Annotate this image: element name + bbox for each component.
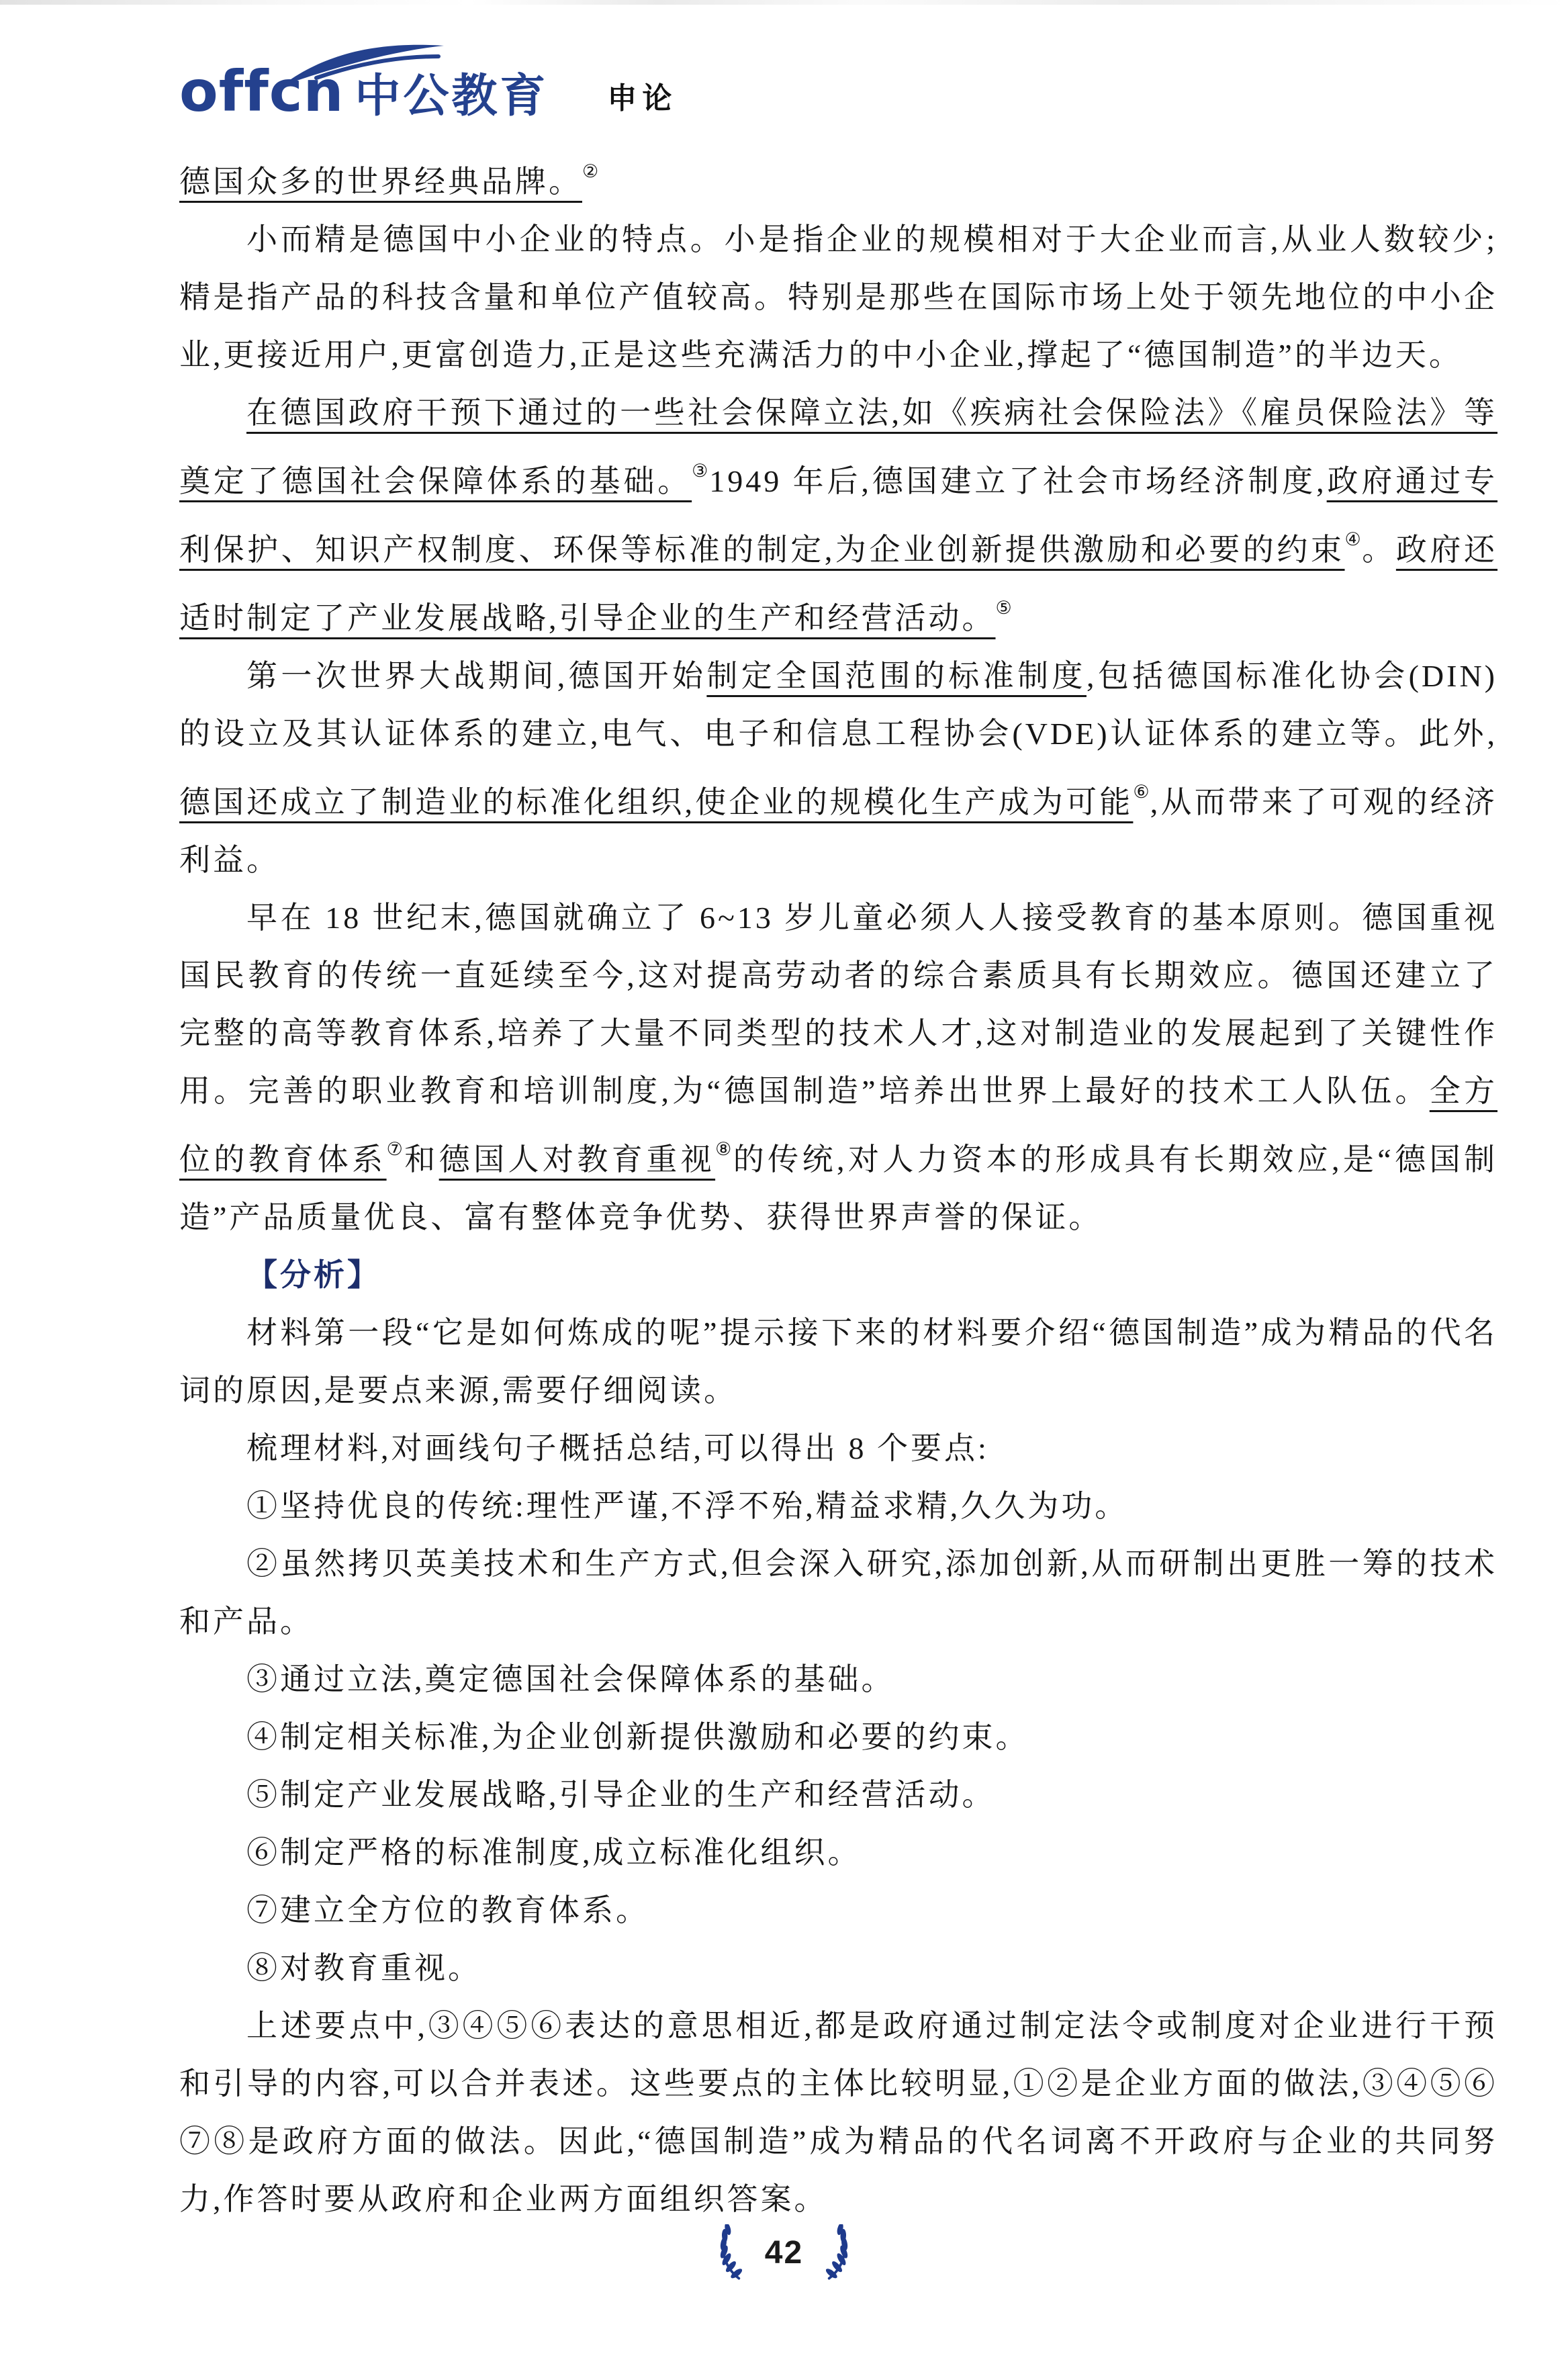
text-run: 。: [1362, 533, 1396, 567]
text-run: ⑧对教育重视。: [246, 1951, 481, 1985]
text-run: 第一次世界大战期间,德国开始: [246, 659, 706, 693]
paragraph: ①坚持优良的传统:理性严谨,不浮不殆,精益求精,久久为功。: [179, 1477, 1497, 1535]
paragraph: 德国众多的世界经典品牌。②: [179, 142, 1497, 211]
underlined-text-run: 德国众多的世界经典品牌。: [179, 165, 582, 199]
scan-edge-artifact: [0, 0, 1568, 5]
footnote-ref: ⑧: [715, 1139, 733, 1159]
laurel-left-icon: [711, 2224, 742, 2281]
page-number: 42: [765, 2234, 803, 2271]
text-run: 梳理材料,对画线句子概括总结,可以得出 8 个要点:: [246, 1431, 989, 1465]
underlined-text-run: 德国人对教育重视: [439, 1142, 715, 1177]
text-run: 小而精是德国中小企业的特点。小是指企业的规模相对于大企业而言,从业人数较少;精是…: [179, 222, 1497, 372]
paragraph: ②虽然拷贝英美技术和生产方式,但会深入研究,添加创新,从而研制出更胜一筹的技术和…: [179, 1535, 1497, 1651]
text-run: ③通过立法,奠定德国社会保障体系的基础。: [246, 1662, 895, 1696]
paragraph: 在德国政府干预下通过的一些社会保障立法,如《疾病社会保险法》《雇员保险法》等奠定…: [179, 384, 1497, 647]
paragraph: ⑦建立全方位的教育体系。: [179, 1882, 1497, 1940]
paragraph: ⑥制定严格的标准制度,成立标准化组织。: [179, 1824, 1497, 1882]
text-run: 和: [404, 1142, 439, 1177]
paragraph: ③通过立法,奠定德国社会保障体系的基础。: [179, 1651, 1497, 1708]
text-run: 材料第一段“它是如何炼成的呢”提示接下来的材料要介绍“德国制造”成为精品的代名词…: [179, 1316, 1497, 1408]
text-run: 【分析】: [246, 1258, 381, 1292]
document-body: 德国众多的世界经典品牌。②小而精是德国中小企业的特点。小是指企业的规模相对于大企…: [179, 142, 1497, 2228]
offcn-logo: offcn 中公教育: [179, 63, 548, 120]
text-run: 早在 18 世纪末,德国就确立了 6~13 岁儿童必须人人接受教育的基本原则。德…: [179, 901, 1497, 1108]
underlined-text-run: 制定全国范围的标准制度: [706, 659, 1087, 693]
paragraph: 小而精是德国中小企业的特点。小是指企业的规模相对于大企业而言,从业人数较少;精是…: [179, 211, 1497, 384]
paragraph: 早在 18 世纪末,德国就确立了 6~13 岁儿童必须人人接受教育的基本原则。德…: [179, 889, 1497, 1246]
footnote-ref: ⑥: [1133, 782, 1150, 802]
page-footer: 42: [0, 2224, 1568, 2281]
underlined-text-run: 德国还成立了制造业的标准化组织,使企业的规模化生产成为可能: [179, 785, 1133, 819]
text-run: ①坚持优良的传统:理性严谨,不浮不殆,精益求精,久久为功。: [246, 1489, 1128, 1523]
paragraph: ⑤制定产业发展战略,引导企业的生产和经营活动。: [179, 1766, 1497, 1824]
text-run: ⑦建立全方位的教育体系。: [246, 1893, 649, 1927]
footnote-ref: ③: [692, 461, 709, 481]
paragraph: ⑧对教育重视。: [179, 1940, 1497, 1997]
subject-label: 申论: [607, 74, 677, 117]
page-header: offcn 中公教育 申论: [179, 39, 677, 120]
footnote-ref: ②: [582, 161, 599, 181]
analysis-heading: 【分析】: [179, 1246, 1497, 1304]
paragraph: 上述要点中,③④⑤⑥表达的意思相近,都是政府通过制定法令或制度对企业进行干预和引…: [179, 1997, 1497, 2228]
footnote-ref: ④: [1345, 529, 1363, 549]
paragraph: ④制定相关标准,为企业创新提供激励和必要的约束。: [179, 1708, 1497, 1766]
paragraph: 第一次世界大战期间,德国开始制定全国范围的标准制度,包括德国标准化协会(DIN)…: [179, 647, 1497, 889]
text-run: 上述要点中,③④⑤⑥表达的意思相近,都是政府通过制定法令或制度对企业进行干预和引…: [179, 2009, 1497, 2216]
text-run: ⑤制定产业发展战略,引导企业的生产和经营活动。: [246, 1778, 996, 1812]
footnote-ref: ⑤: [996, 598, 1013, 618]
laurel-right-icon: [826, 2224, 857, 2281]
footnote-ref: ⑦: [387, 1139, 405, 1159]
paragraph: 材料第一段“它是如何炼成的呢”提示接下来的材料要介绍“德国制造”成为精品的代名词…: [179, 1304, 1497, 1420]
text-run: ⑥制定严格的标准制度,成立标准化组织。: [246, 1835, 862, 1870]
scanned-textbook-page: offcn 中公教育 申论 德国众多的世界经典品牌。②小而精是德国中小企业的特点…: [0, 0, 1568, 2372]
text-run: ②虽然拷贝英美技术和生产方式,但会深入研究,添加创新,从而研制出更胜一筹的技术和…: [179, 1547, 1497, 1639]
text-run: ④制定相关标准,为企业创新提供激励和必要的约束。: [246, 1720, 1029, 1754]
logo-swoosh-icon: [279, 40, 447, 89]
paragraph: 梳理材料,对画线句子概括总结,可以得出 8 个要点:: [179, 1420, 1497, 1477]
text-run: 1949 年后,德国建立了社会市场经济制度,: [709, 464, 1326, 498]
